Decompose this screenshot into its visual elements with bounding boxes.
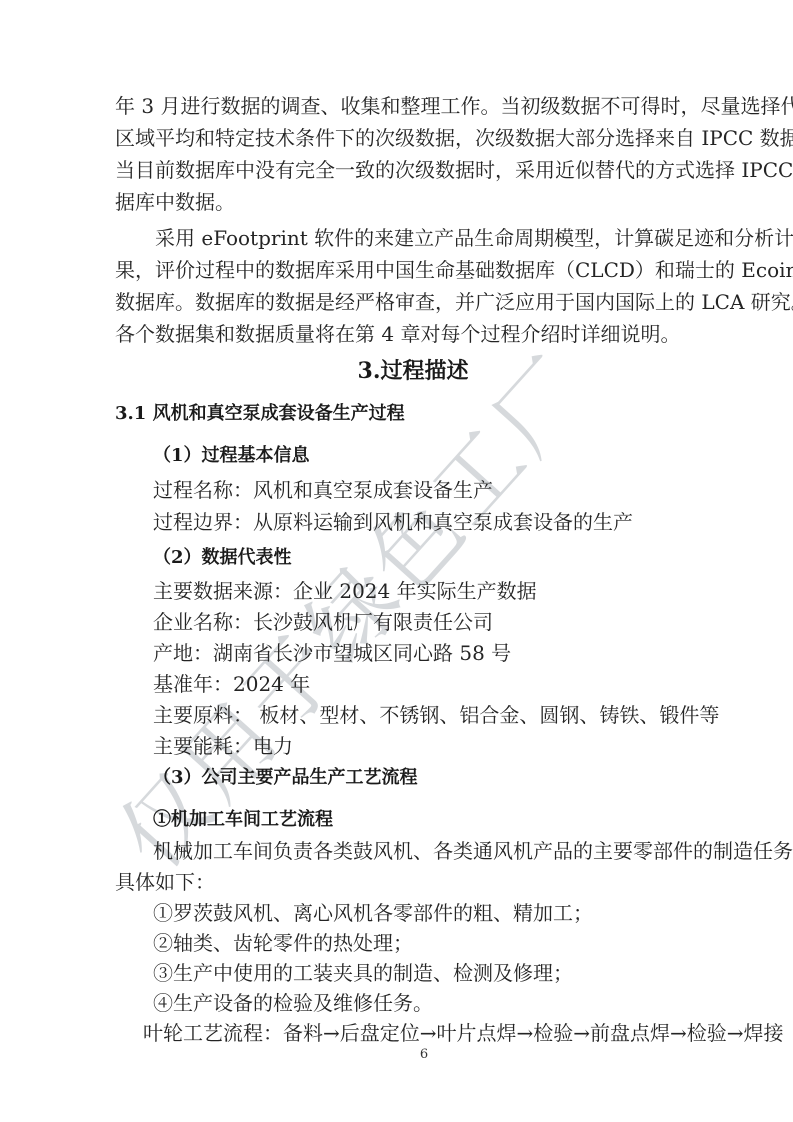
- info-line-base-year: 基准年：2024 年: [153, 669, 711, 700]
- intro-paragraph-1: 年 3 月进行数据的调查、收集和整理工作。当初级数据不可得时，尽量选择代表 区域…: [115, 90, 711, 218]
- info-line-data-source: 主要数据来源：企业 2024 年实际生产数据: [153, 576, 711, 607]
- paragraph-line: 采用 eFootprint 软件的来建立产品生命周期模型，计算碳足迹和分析计算结: [115, 222, 711, 254]
- section-3-1-heading: 3.1 风机和真空泵成套设备生产过程: [115, 402, 711, 426]
- paragraph-line: 数据库。数据库的数据是经严格审查，并广泛应用于国内国际上的 LCA 研究。: [115, 286, 711, 318]
- task-item: ②轴类、齿轮零件的热处理；: [153, 928, 711, 958]
- info-line-energy: 主要能耗：电力: [153, 731, 711, 762]
- task-item: ①罗茨鼓风机、离心风机各零部件的粗、精加工；: [153, 898, 711, 928]
- chapter-title: 3.过程描述: [115, 356, 711, 386]
- workshop-intro-line: 具体如下：: [115, 867, 711, 898]
- task-item: ④生产设备的检验及维修任务。: [153, 988, 711, 1018]
- workshop-intro-line: 机械加工车间负责各类鼓风机、各类通风机产品的主要零部件的制造任务，: [153, 836, 711, 867]
- paragraph-line: 区域平均和特定技术条件下的次级数据，次级数据大部分选择来自 IPCC 数据库；: [115, 122, 711, 154]
- task-item: ③生产中使用的工装夹具的制造、检测及修理；: [153, 958, 711, 988]
- info-line-company-name: 企业名称：长沙鼓风机厂有限责任公司: [153, 607, 711, 638]
- paragraph-line: 各个数据集和数据质量将在第 4 章对每个过程介绍时详细说明。: [115, 318, 711, 350]
- info-line-raw-materials: 主要原料： 板材、型材、不锈钢、铝合金、圆钢、铸铁、锻件等: [153, 700, 711, 731]
- data-representativeness-heading: （2）数据代表性: [153, 546, 711, 570]
- paragraph-line: 当目前数据库中没有完全一致的次级数据时，采用近似替代的方式选择 IPCC 数: [115, 154, 711, 186]
- page-content: 年 3 月进行数据的调查、收集和整理工作。当初级数据不可得时，尽量选择代表 区域…: [115, 90, 711, 1048]
- basic-info-heading: （1）过程基本信息: [153, 444, 711, 468]
- info-line-location: 产地：湖南省长沙市望城区同心路 58 号: [153, 638, 711, 669]
- info-line-process-name: 过程名称：风机和真空泵成套设备生产: [153, 474, 711, 506]
- workshop-flow-heading: ①机加工车间工艺流程: [153, 808, 711, 832]
- paragraph-line: 年 3 月进行数据的调查、收集和整理工作。当初级数据不可得时，尽量选择代表: [115, 90, 711, 122]
- impeller-flow-line: 叶轮工艺流程：备料→后盘定位→叶片点焊→检验→前盘点焊→检验→焊接: [143, 1018, 711, 1048]
- paragraph-line: 据库中数据。: [115, 186, 711, 218]
- paragraph-line: 果，评价过程中的数据库采用中国生命基础数据库（CLCD）和瑞士的 Ecoinve…: [115, 254, 711, 286]
- document-page: 仅用于绿色工厂 年 3 月进行数据的调查、收集和整理工作。当初级数据不可得时，尽…: [0, 0, 793, 1122]
- intro-paragraph-2: 采用 eFootprint 软件的来建立产品生命周期模型，计算碳足迹和分析计算结…: [115, 222, 711, 350]
- process-flow-heading: （3）公司主要产品生产工艺流程: [153, 766, 711, 790]
- info-line-process-boundary: 过程边界：从原料运输到风机和真空泵成套设备的生产: [153, 506, 711, 538]
- page-number: 6: [0, 1047, 793, 1062]
